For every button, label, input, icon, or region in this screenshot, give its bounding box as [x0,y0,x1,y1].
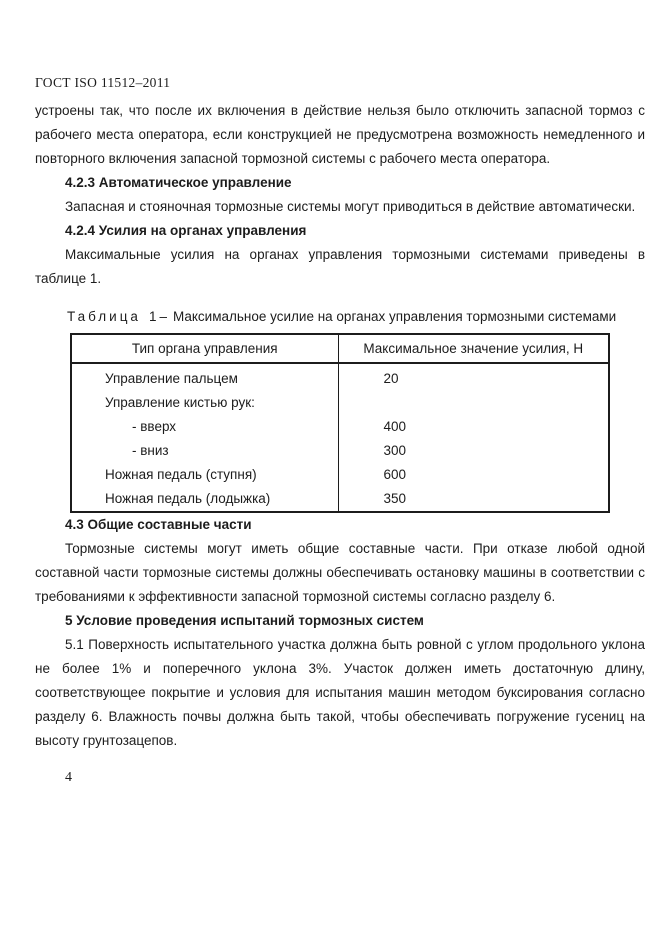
table-cell-value: 600 [338,463,609,487]
paragraph-4-2-4: Максимальные усилия на органах управлени… [35,243,645,291]
table-cell-value: 20 [338,363,609,391]
table-cell-label: Ножная педаль (лодыжка) [71,487,338,512]
document-page: ГОСТ ISO 11512–2011 устроены так, что по… [0,0,661,936]
page-number: 4 [35,766,645,790]
paragraph-continuation: устроены так, что после их включения в д… [35,99,645,171]
table-row: Ножная педаль (ступня) 600 [71,463,609,487]
table-caption-text: Максимальное усилие на органах управлени… [173,309,616,324]
table-row: - вверх 400 [71,415,609,439]
table-row: - вниз 300 [71,439,609,463]
table-cell-value: 400 [338,415,609,439]
paragraph-4-3: Тормозные системы могут иметь общие сост… [35,537,645,609]
table-header-max-force: Максимальное значение усилия, Н [338,334,609,363]
table-cell-label: Управление пальцем [71,363,338,391]
paragraph-4-2-3: Запасная и стояночная тормозные системы … [35,195,645,219]
table-cell-value: 300 [338,439,609,463]
paragraph-5-1: 5.1 Поверхность испытательного участка д… [35,633,645,753]
table-cell-label: - вверх [71,415,338,439]
table-caption: Таблица1–Максимальное усилие на органах … [35,305,645,329]
page-content: ГОСТ ISO 11512–2011 устроены так, что по… [35,0,645,790]
heading-4-2-3: 4.2.3 Автоматическое управление [35,171,645,195]
table-row: Управление пальцем 20 [71,363,609,391]
table-caption-number: 1 [149,309,157,324]
table-cell-value [338,391,609,415]
table-row: Ножная педаль (лодыжка) 350 [71,487,609,512]
table-caption-word: Таблица [67,309,141,324]
heading-4-3: 4.3 Общие составные части [35,513,645,537]
heading-5: 5 Условие проведения испытаний тормозных… [35,609,645,633]
heading-4-2-4: 4.2.4 Усилия на органах управления [35,219,645,243]
table-cell-label: Управление кистью рук: [71,391,338,415]
table-cell-label: - вниз [71,439,338,463]
control-force-table: Тип органа управления Максимальное значе… [70,333,610,513]
running-header: ГОСТ ISO 11512–2011 [35,75,645,91]
table-header-control-type: Тип органа управления [71,334,338,363]
table-cell-value: 350 [338,487,609,512]
table-caption-dash: – [159,309,167,324]
table-cell-label: Ножная педаль (ступня) [71,463,338,487]
table-row: Управление кистью рук: [71,391,609,415]
table-header-row: Тип органа управления Максимальное значе… [71,334,609,363]
